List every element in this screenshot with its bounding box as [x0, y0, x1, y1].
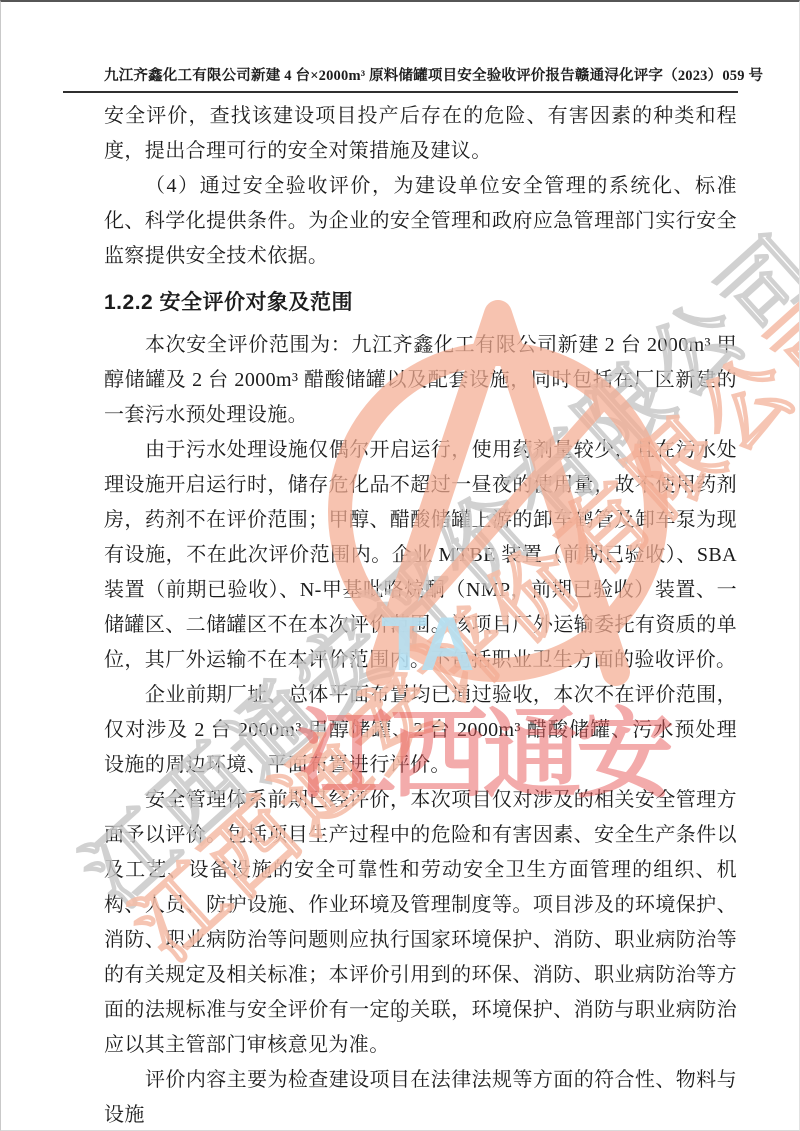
- section-heading: 1.2.2 安全评价对象及范围: [104, 285, 737, 321]
- header-report-title: 九江齐鑫化工有限公司新建 4 台×2000m³ 原料储罐项目安全验收评价报告: [104, 64, 575, 85]
- paragraph: 企业前期厂址、总体平面布置均已通过验收，本次不在评价范围，仅对涉及 2 台 20…: [104, 678, 737, 783]
- header-doc-number: 赣通浔化评字（2023）059 号: [575, 64, 763, 85]
- document-page: 九江齐鑫化工有限公司新建 4 台×2000m³ 原料储罐项目安全验收评价报告 赣…: [0, 0, 800, 1131]
- document-body: 安全评价，查找该建设项目投产后存在的危险、有害因素的种类和程度，提出合理可行的安…: [104, 99, 737, 1131]
- page-header: 九江齐鑫化工有限公司新建 4 台×2000m³ 原料储罐项目安全验收评价报告 赣…: [63, 64, 738, 93]
- paragraph: 本次安全评价范围为：九江齐鑫化工有限公司新建 2 台 2000m³ 甲醇储罐及 …: [104, 328, 737, 433]
- paragraph: 由于污水处理设施仅偶尔开启运行，使用药剂量较少，且在污水处理设施开启运行时，储存…: [104, 433, 737, 678]
- paragraph: 评价内容主要为检查建设项目在法律法规等方面的符合性、物料与设施: [104, 1063, 737, 1131]
- paragraph: 安全评价，查找该建设项目投产后存在的危险、有害因素的种类和程度，提出合理可行的安…: [104, 99, 737, 169]
- page-number: 9: [1, 1010, 799, 1027]
- paragraph: （4）通过安全验收评价，为建设单位安全管理的系统化、标准化、科学化提供条件。为企…: [104, 169, 737, 274]
